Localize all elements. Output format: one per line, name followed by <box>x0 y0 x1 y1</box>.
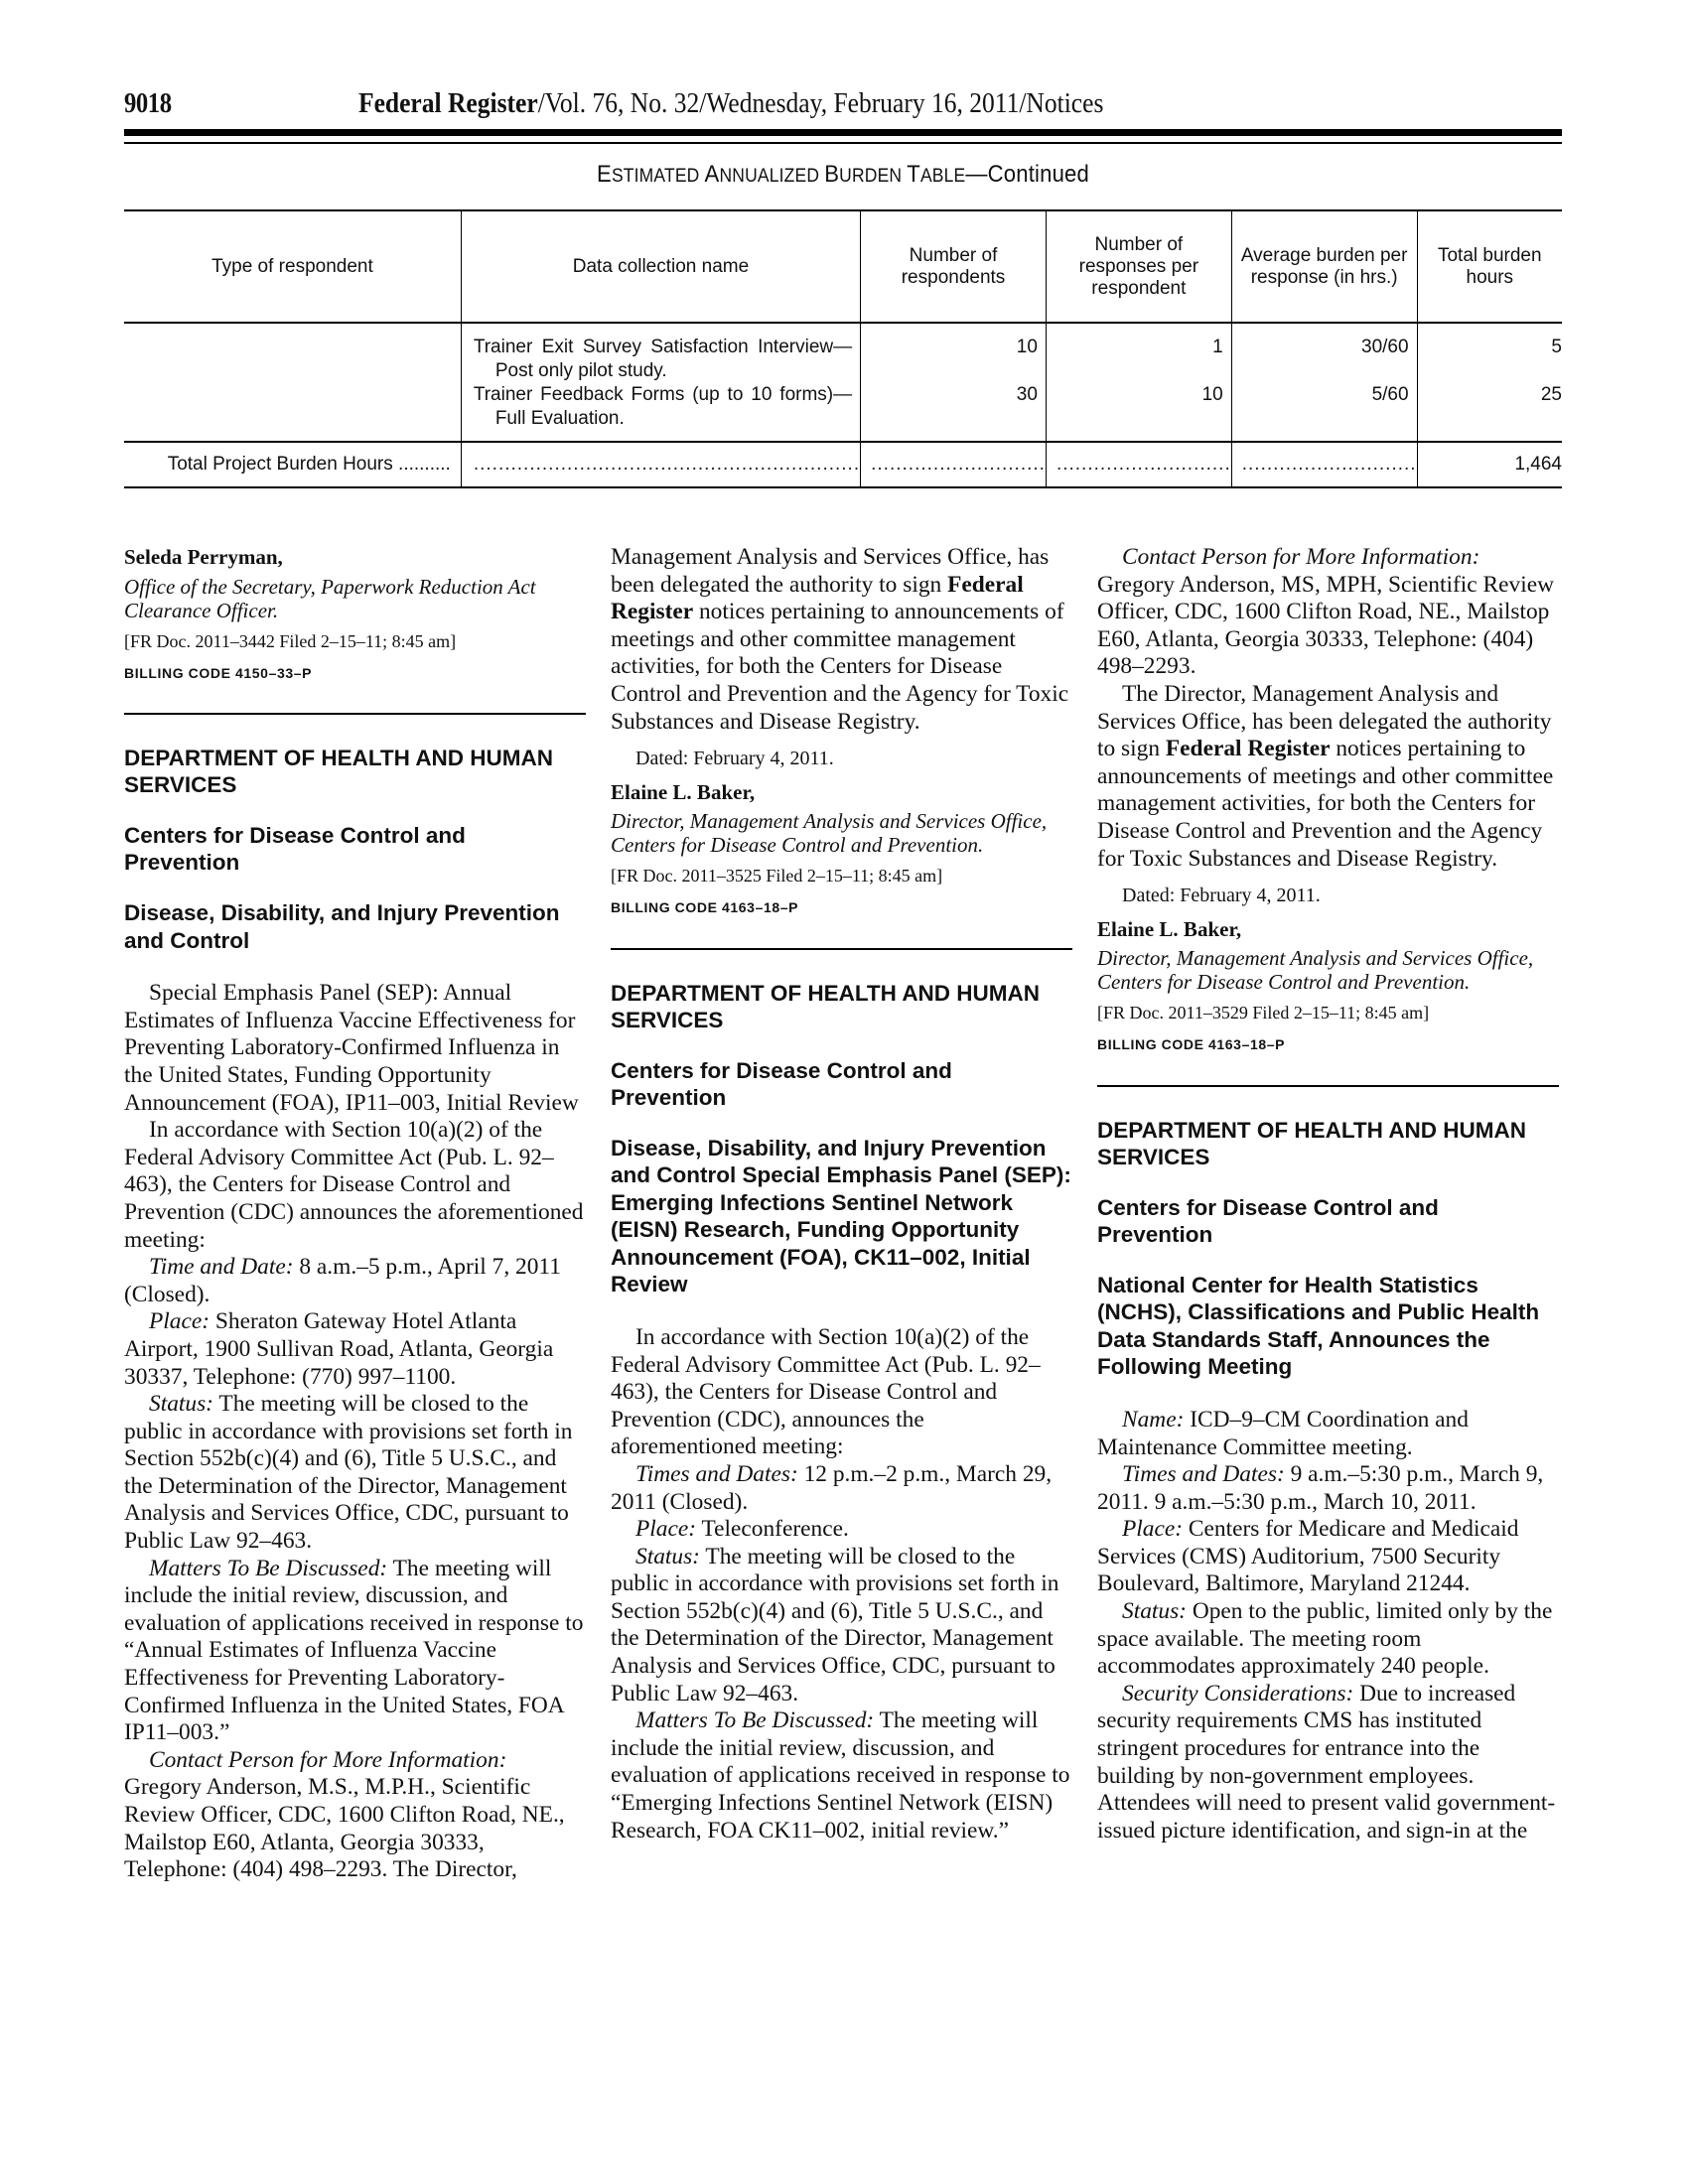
total-leader: ........................................… <box>461 442 860 487</box>
subject-heading: Disease, Disability, and Injury Preventi… <box>124 899 586 954</box>
name-paragraph: Name: ICD–9–CM Coordination and Maintena… <box>1097 1407 1559 1461</box>
subagency-heading: Centers for Disease Control and Preventi… <box>611 1057 1072 1111</box>
cell-responses: 1 10 <box>1046 323 1231 442</box>
total-leader: ............................ <box>861 442 1047 487</box>
total-leader: ............................ <box>1231 442 1417 487</box>
subject-heading: Disease, Disability, and Injury Preventi… <box>611 1135 1072 1298</box>
signer-title: Director, Management Analysis and Servic… <box>611 809 1072 857</box>
header-rule-thin <box>124 142 1562 144</box>
cell-total: 5 25 <box>1417 323 1562 442</box>
section-divider <box>611 948 1072 950</box>
billing-code: BILLING CODE 4163–18–P <box>611 894 1072 922</box>
column-3: Contact Person for More Information: Gre… <box>1097 544 1559 1844</box>
page-header: 9018 Federal Register/Vol. 76, No. 32/We… <box>124 87 1562 127</box>
notice-title-paragraph: Special Emphasis Panel (SEP): Annual Est… <box>124 980 586 1117</box>
table-title: ESTIMATED ANNUALIZED BURDEN TABLE—Contin… <box>182 161 1504 189</box>
page-number: 9018 <box>124 87 172 120</box>
time-date-paragraph: Time and Date: 8 a.m.–5 p.m., April 7, 2… <box>124 1254 586 1308</box>
dated-line: Dated: February 4, 2011. <box>611 746 1072 773</box>
column-1: Seleda Perryman, Office of the Secretary… <box>124 544 586 1884</box>
col-header-avg-burden: Average burden per response (in hrs.) <box>1231 210 1417 323</box>
security-paragraph: Security Considerations: Due to increase… <box>1097 1681 1559 1845</box>
delegation-paragraph: The Director, Management Analysis and Se… <box>1097 681 1559 873</box>
times-dates-paragraph: Times and Dates: 12 p.m.–2 p.m., March 2… <box>611 1461 1072 1516</box>
col-header-total: Total burden hours <box>1417 210 1562 323</box>
status-paragraph: Status: The meeting will be closed to th… <box>611 1544 1072 1708</box>
cell-respondents: 10 30 <box>861 323 1047 442</box>
volume-issue: /Vol. 76, No. 32/Wednesday, February 16,… <box>538 87 1104 119</box>
table-header-row: Type of respondent Data collection name … <box>124 210 1562 323</box>
section-divider <box>124 713 586 715</box>
table-row: Trainer Exit Survey Satisfaction Intervi… <box>124 323 1562 442</box>
cell-type <box>124 323 461 442</box>
total-label: Total Project Burden Hours .......... <box>124 442 461 487</box>
total-leader: ............................ <box>1046 442 1231 487</box>
delegation-paragraph: Management Analysis and Services Office,… <box>611 544 1072 736</box>
agency-heading: DEPARTMENT OF HEALTH AND HUMAN SERVICES <box>1097 1117 1559 1170</box>
status-paragraph: Status: The meeting will be closed to th… <box>124 1391 586 1556</box>
place-paragraph: Place: Teleconference. <box>611 1516 1072 1544</box>
col-header-respondents: Number of respondents <box>861 210 1047 323</box>
fr-doc-citation: [FR Doc. 2011–3442 Filed 2–15–11; 8:45 a… <box>124 630 586 652</box>
dated-line: Dated: February 4, 2011. <box>1097 883 1559 910</box>
total-value: 1,464 <box>1417 442 1562 487</box>
body-paragraph: In accordance with Section 10(a)(2) of t… <box>124 1117 586 1254</box>
signer-title: Director, Management Analysis and Servic… <box>1097 946 1559 994</box>
agency-heading: DEPARTMENT OF HEALTH AND HUMAN SERVICES <box>124 745 586 798</box>
column-2: Management Analysis and Services Office,… <box>611 544 1072 1844</box>
cell-name: Trainer Exit Survey Satisfaction Intervi… <box>461 323 860 442</box>
running-head: Federal Register/Vol. 76, No. 32/Wednesd… <box>358 87 1103 120</box>
subject-heading: National Center for Health Statistics (N… <box>1097 1272 1559 1381</box>
signer-name: Elaine L. Baker, <box>1097 916 1559 944</box>
place-paragraph: Place: Sheraton Gateway Hotel Atlanta Ai… <box>124 1308 586 1391</box>
signer-name: Elaine L. Baker, <box>611 779 1072 807</box>
col-header-type: Type of respondent <box>124 210 461 323</box>
status-paragraph: Status: Open to the public, limited only… <box>1097 1598 1559 1681</box>
table-total-row: Total Project Burden Hours .......... ..… <box>124 442 1562 487</box>
col-header-name: Data collection name <box>461 210 860 323</box>
col-header-responses: Number of responses per respondent <box>1046 210 1231 323</box>
agency-heading: DEPARTMENT OF HEALTH AND HUMAN SERVICES <box>611 980 1072 1033</box>
subagency-heading: Centers for Disease Control and Preventi… <box>1097 1194 1559 1248</box>
fr-doc-citation: [FR Doc. 2011–3525 Filed 2–15–11; 8:45 a… <box>611 865 1072 887</box>
subagency-heading: Centers for Disease Control and Preventi… <box>124 822 586 876</box>
matters-paragraph: Matters To Be Discussed: The meeting wil… <box>611 1707 1072 1844</box>
signer-title: Office of the Secretary, Paperwork Reduc… <box>124 575 586 622</box>
times-dates-paragraph: Times and Dates: 9 a.m.–5:30 p.m., March… <box>1097 1461 1559 1516</box>
burden-table: Type of respondent Data collection name … <box>124 209 1562 488</box>
section-divider <box>1097 1085 1559 1087</box>
place-paragraph: Place: Centers for Medicare and Medicaid… <box>1097 1516 1559 1598</box>
publication-name: Federal Register <box>358 87 538 119</box>
matters-paragraph: Matters To Be Discussed: The meeting wil… <box>124 1556 586 1747</box>
contact-paragraph: Contact Person for More Information: Gre… <box>1097 544 1559 681</box>
billing-code: BILLING CODE 4163–18–P <box>1097 1031 1559 1059</box>
contact-paragraph: Contact Person for More Information: Gre… <box>124 1747 586 1884</box>
signer-name: Seleda Perryman, <box>124 544 586 572</box>
header-rule-thick <box>124 129 1562 136</box>
cell-avg-burden: 30/60 5/60 <box>1231 323 1417 442</box>
billing-code: BILLING CODE 4150–33–P <box>124 660 586 688</box>
body-paragraph: In accordance with Section 10(a)(2) of t… <box>611 1324 1072 1461</box>
fr-doc-citation: [FR Doc. 2011–3529 Filed 2–15–11; 8:45 a… <box>1097 1002 1559 1024</box>
